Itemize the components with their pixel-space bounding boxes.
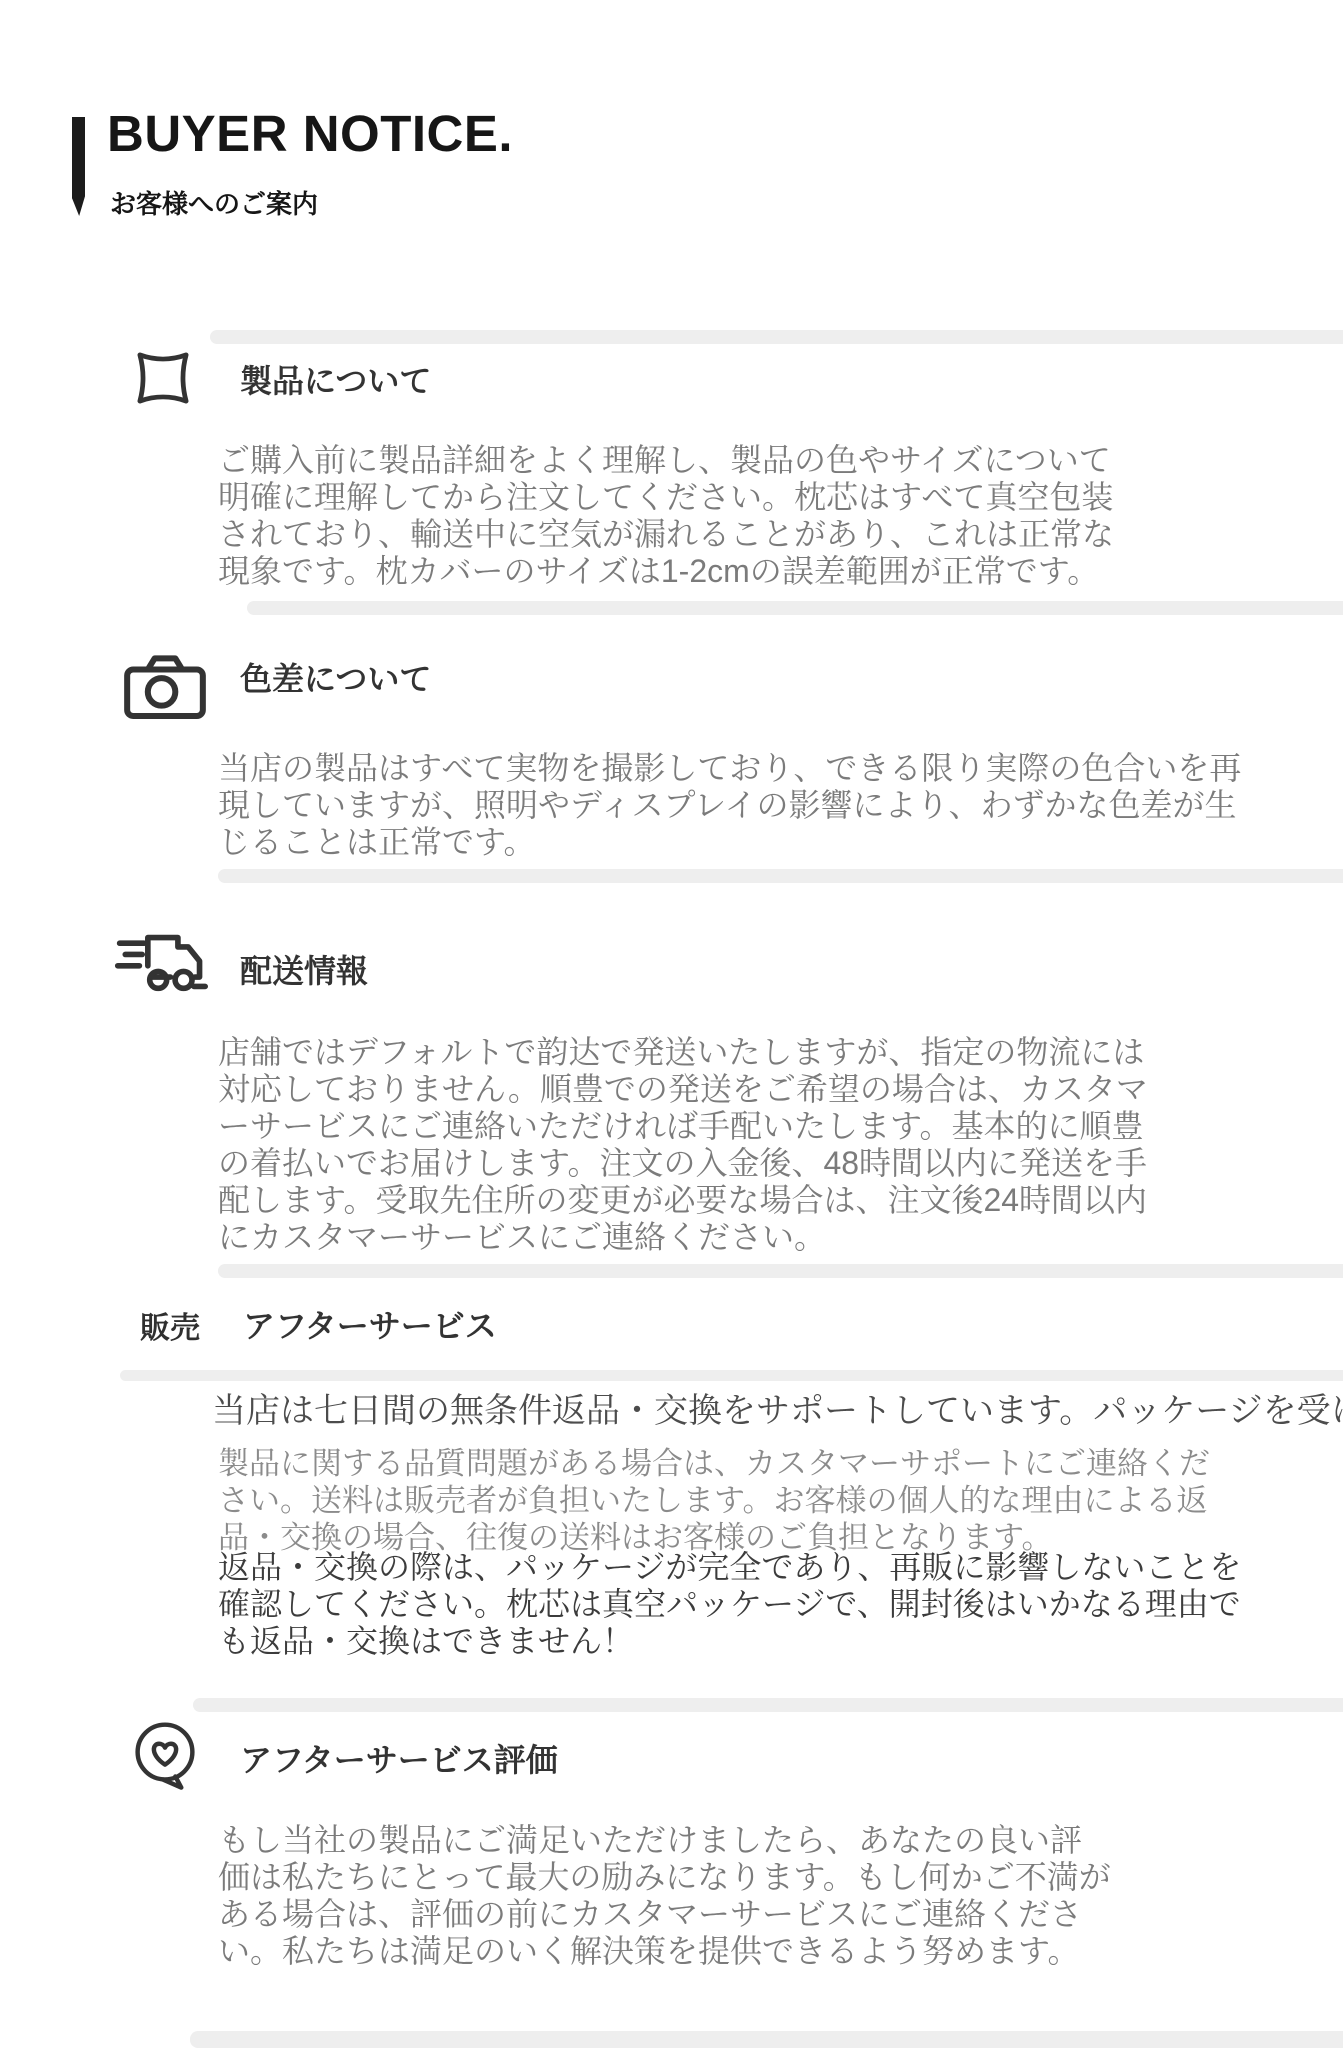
divider bbox=[218, 1264, 1343, 1278]
heart-bubble-icon bbox=[128, 1716, 202, 1794]
section-heading-shipping: 配送情報 bbox=[240, 952, 368, 990]
after-service-body: 製品に関する品質問題がある場合は、カスタマーサポートにご連絡くだ さい。送料は販… bbox=[218, 1445, 1210, 1556]
divider bbox=[247, 601, 1343, 615]
after-service-lead: 当店は七日間の無条件返品・交換をサポートしています。パッケージを受け取 bbox=[212, 1390, 1343, 1432]
truck-icon bbox=[114, 928, 208, 996]
buyer-notice-page: BUYER NOTICE. お客様へのご案内 製品について ご購入前に製品詳細を… bbox=[0, 0, 1343, 2048]
divider bbox=[193, 1698, 1343, 1712]
section-body-product: ご購入前に製品詳細をよく理解し、製品の色やサイズについて 明確に理解してから注文… bbox=[218, 442, 1114, 590]
sales-label-icon: 販売 bbox=[140, 1312, 200, 1346]
after-service-note: 返品・交換の際は、パッケージが完全であり、再販に影響しないことを 確認してくださ… bbox=[218, 1549, 1241, 1660]
section-heading-product: 製品について bbox=[240, 362, 431, 400]
divider bbox=[120, 1370, 1343, 1381]
section-body-shipping: 店舗ではデフォルトで韵达で発送いたしますが、指定の物流には 対応しておりません。… bbox=[218, 1034, 1148, 1256]
section-body-review: もし当社の製品にご満足いただけましたら、あなたの良い評 価は私たちにとって最大の… bbox=[218, 1822, 1111, 1970]
brush-stroke-bar bbox=[72, 117, 85, 216]
section-body-color: 当店の製品はすべて実物を撮影しており、できる限り実際の色合いを再 現していますが… bbox=[218, 750, 1241, 861]
divider bbox=[210, 330, 1343, 344]
section-heading-after-service: アフターサービス bbox=[243, 1307, 497, 1345]
page-title: BUYER NOTICE. bbox=[107, 104, 513, 164]
divider bbox=[218, 869, 1343, 883]
page-subtitle: お客様へのご案内 bbox=[110, 189, 318, 219]
divider bbox=[190, 2031, 1343, 2048]
camera-icon bbox=[122, 648, 208, 722]
pillow-icon bbox=[128, 344, 198, 412]
section-heading-color: 色差について bbox=[240, 660, 431, 698]
section-heading-review: アフターサービス評価 bbox=[240, 1741, 558, 1779]
